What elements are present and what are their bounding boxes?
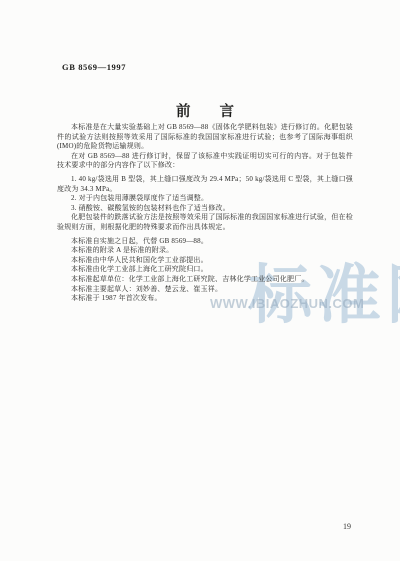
foreword-paragraph: 本标准主要起草人：刘妙善、楚云龙、崔玉祥。 [57,285,353,295]
foreword-body: 本标准是在大量实验基础上对 GB 8569—88《固体化学肥料包装》进行修订的。… [57,123,353,304]
foreword-paragraph: 本标准于 1987 年首次发布。 [57,294,353,304]
page-title: 前 言 [57,100,353,121]
page-number: 19 [343,522,351,531]
foreword-paragraph: 本标准由化学工业部上海化工研究院归口。 [57,265,353,275]
foreword-list-item: 3. 硝酸铵、碳酸氢铵的包装材料也作了适当修改。 [57,204,353,214]
foreword-list-item: 1. 40 kg/袋选用 B 型袋，其上缝口强度改为 29.4 MPa；50 k… [57,175,353,194]
document-page: GB 8569—1997 前 言 标准网 WWW.IBIAOZHUN.COM 本… [0,0,400,561]
foreword-paragraph: 本标准是在大量实验基础上对 GB 8569—88《固体化学肥料包装》进行修订的。… [57,123,353,152]
standard-number-header: GB 8569—1997 [62,62,126,72]
foreword-list-item: 2. 对于内包装用薄膜袋厚度作了适当调整。 [57,194,353,204]
foreword-paragraph: 本标准的附录 A 是标准的附录。 [57,246,353,256]
foreword-paragraph: 在对 GB 8569—88 进行修订时，保留了该标准中实践证明切实可行的内容。对… [57,152,353,171]
foreword-paragraph: 本标准起草单位：化学工业部上海化工研究院、吉林化学工业公司化肥厂。 [57,275,353,285]
foreword-paragraph: 本标准由中华人民共和国化学工业部提出。 [57,256,353,266]
foreword-paragraph: 化肥包装件的跌落试验方法是按照等效采用了国际标准的我国国家标准进行试验，但在检验… [57,213,353,232]
foreword-paragraph: 本标准自实施之日起，代替 GB 8569—88。 [57,237,353,247]
